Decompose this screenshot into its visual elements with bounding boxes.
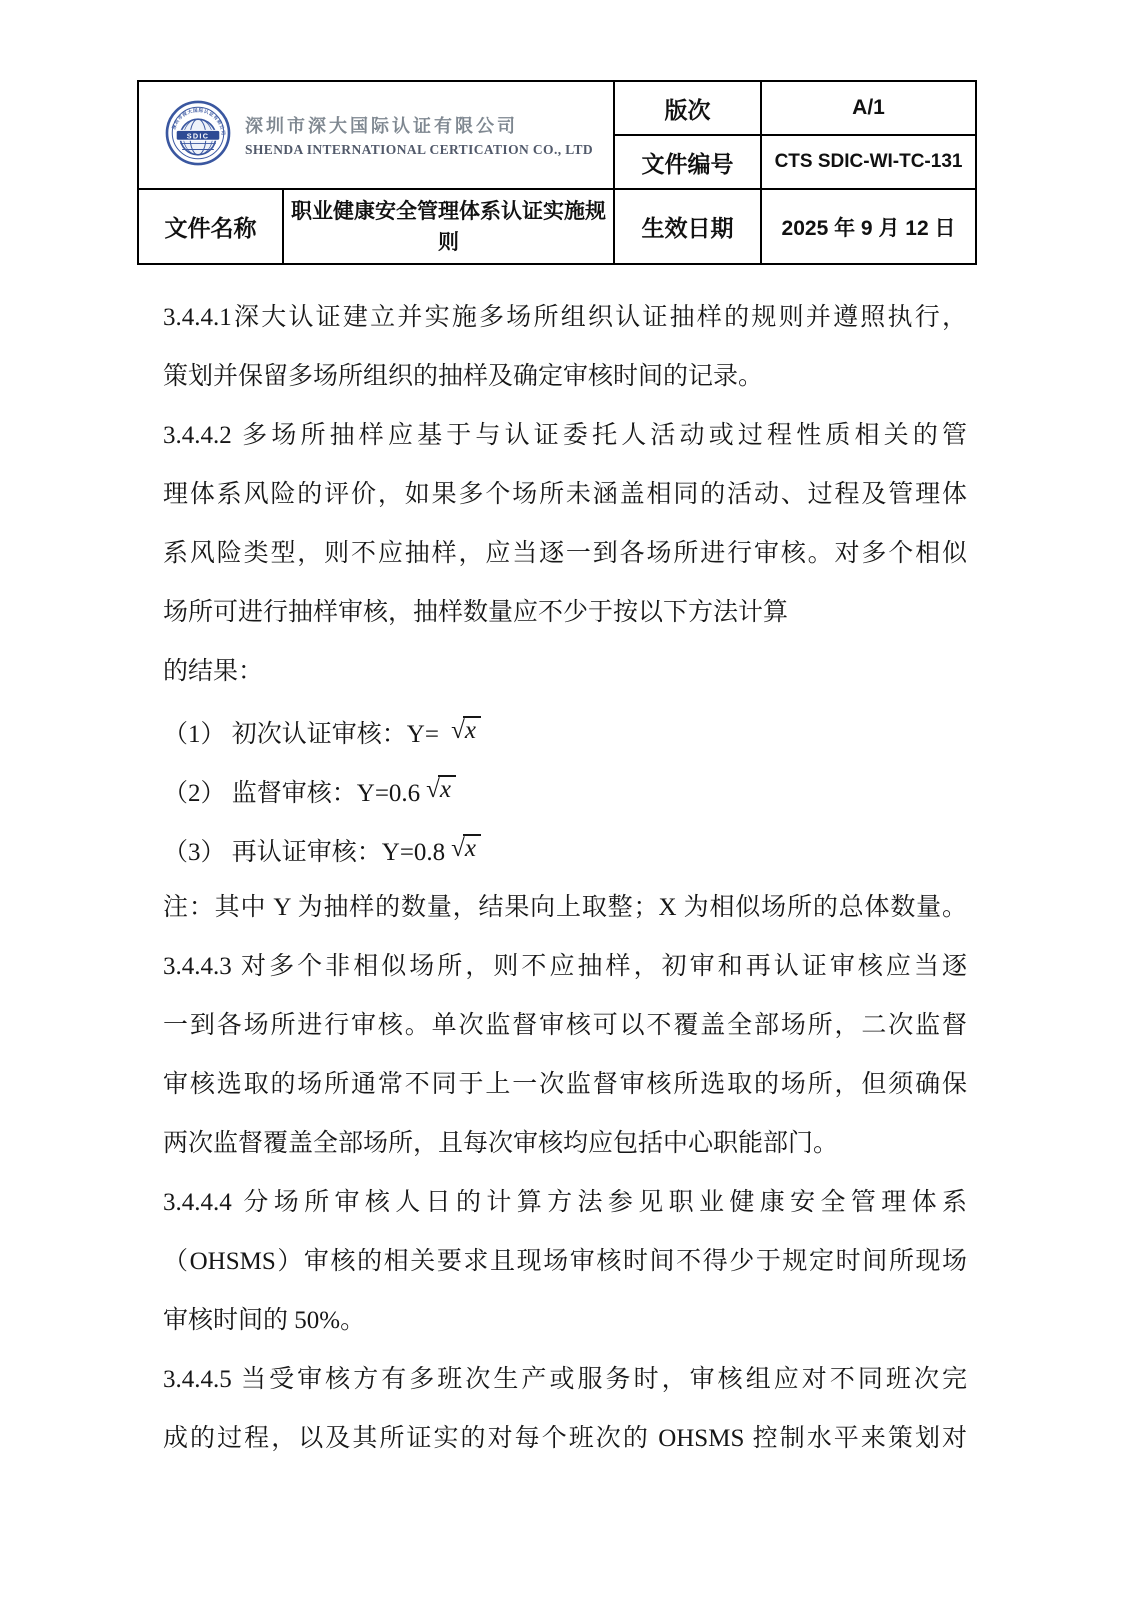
body-text-line: 策划并保留多场所组织的抽样及确定审核时间的记录。 <box>163 347 967 406</box>
effective-date-label: 生效日期 <box>614 189 761 264</box>
body-text-line: 一到各场所进行审核。单次监督审核可以不覆盖全部场所，二次监督 <box>163 996 967 1055</box>
body-text-line: 3.4.4.2 多场所抽样应基于与认证委托人活动或过程性质相关的管 <box>163 406 967 465</box>
document-page: 深圳市深大国际认证有限公司 SDIC 深圳市深大国际认证有限公司 <box>0 0 1131 1600</box>
body-text-line: 注：其中 Y 为抽样的数量，结果向上取整；X 为相似场所的总体数量。 <box>163 878 967 937</box>
body-text-line: 3.4.4.1深大认证建立并实施多场所组织认证抽样的规则并遵照执行， <box>163 288 967 347</box>
body-text-line: 系风险类型，则不应抽样，应当逐一到各场所进行审核。对多个相似 <box>163 524 967 583</box>
formula-expression: Y= <box>407 721 445 748</box>
sqrt-radicand: x <box>463 716 481 744</box>
formula-label: （2） 监督审核： <box>163 780 357 807</box>
formula-label: （3） 再认证审核： <box>163 839 382 866</box>
doc-name-label: 文件名称 <box>138 189 283 264</box>
sqrt-radical: √x <box>451 819 481 878</box>
version-value: A/1 <box>761 81 976 135</box>
body-text-line: 3.4.4.3 对多个非相似场所，则不应抽样，初审和再认证审核应当逐 <box>163 937 967 996</box>
logo-sdic-text: SDIC <box>187 131 210 140</box>
body-text-line: 两次监督覆盖全部场所，且每次审核均应包括中心职能部门。 <box>163 1114 967 1173</box>
formula-label: （1） 初次认证审核： <box>163 721 407 748</box>
body-text-line: 的结果： <box>163 642 967 701</box>
formula-line: （3） 再认证审核：Y=0.8√x <box>163 819 967 878</box>
company-name-en: SHENDA INTERNATIONAL CERTICATION CO., LT… <box>245 142 593 158</box>
body-text-line: 成的过程，以及其所证实的对每个班次的 OHSMS 控制水平来策划对 <box>163 1409 967 1468</box>
sqrt-radicand: x <box>438 775 456 803</box>
formula-expression: Y=0.8 <box>382 839 445 866</box>
effective-date-value: 2025 年 9 月 12 日 <box>761 189 976 264</box>
company-logo-icon: 深圳市深大国际认证有限公司 SDIC <box>165 100 231 171</box>
body-text-line: （OHSMS）审核的相关要求且现场审核时间不得少于规定时间所现场 <box>163 1232 967 1291</box>
doc-number-label: 文件编号 <box>614 135 761 189</box>
document-header-table: 深圳市深大国际认证有限公司 SDIC 深圳市深大国际认证有限公司 <box>137 80 977 265</box>
body-text-line: 审核时间的 50%。 <box>163 1291 967 1350</box>
sqrt-radicand: x <box>463 834 481 862</box>
body-text-line: 审核选取的场所通常不同于上一次监督审核所选取的场所，但须确保 <box>163 1055 967 1114</box>
company-name-cn: 深圳市深大国际认证有限公司 <box>245 112 593 138</box>
body-text-line: 3.4.4.4 分场所审核人日的计算方法参见职业健康安全管理体系 <box>163 1173 967 1232</box>
document-body: 3.4.4.1深大认证建立并实施多场所组织认证抽样的规则并遵照执行，策划并保留多… <box>163 288 967 1468</box>
body-text-line: 理体系风险的评价，如果多个场所未涵盖相同的活动、过程及管理体 <box>163 465 967 524</box>
sqrt-radical: √x <box>451 701 481 760</box>
company-header-cell: 深圳市深大国际认证有限公司 SDIC 深圳市深大国际认证有限公司 <box>138 81 614 189</box>
version-label: 版次 <box>614 81 761 135</box>
formula-expression: Y=0.6 <box>357 780 420 807</box>
formula-line: （1） 初次认证审核：Y= √x <box>163 701 967 760</box>
doc-name-value: 职业健康安全管理体系认证实施规则 <box>283 189 614 264</box>
formula-line: （2） 监督审核：Y=0.6√x <box>163 760 967 819</box>
body-text-line: 3.4.4.5 当受审核方有多班次生产或服务时，审核组应对不同班次完 <box>163 1350 967 1409</box>
body-text-line: 场所可进行抽样审核，抽样数量应不少于按以下方法计算 <box>163 583 967 642</box>
doc-number-value: CTS SDIC-WI-TC-131 <box>761 135 976 189</box>
sqrt-radical: √x <box>426 760 456 819</box>
